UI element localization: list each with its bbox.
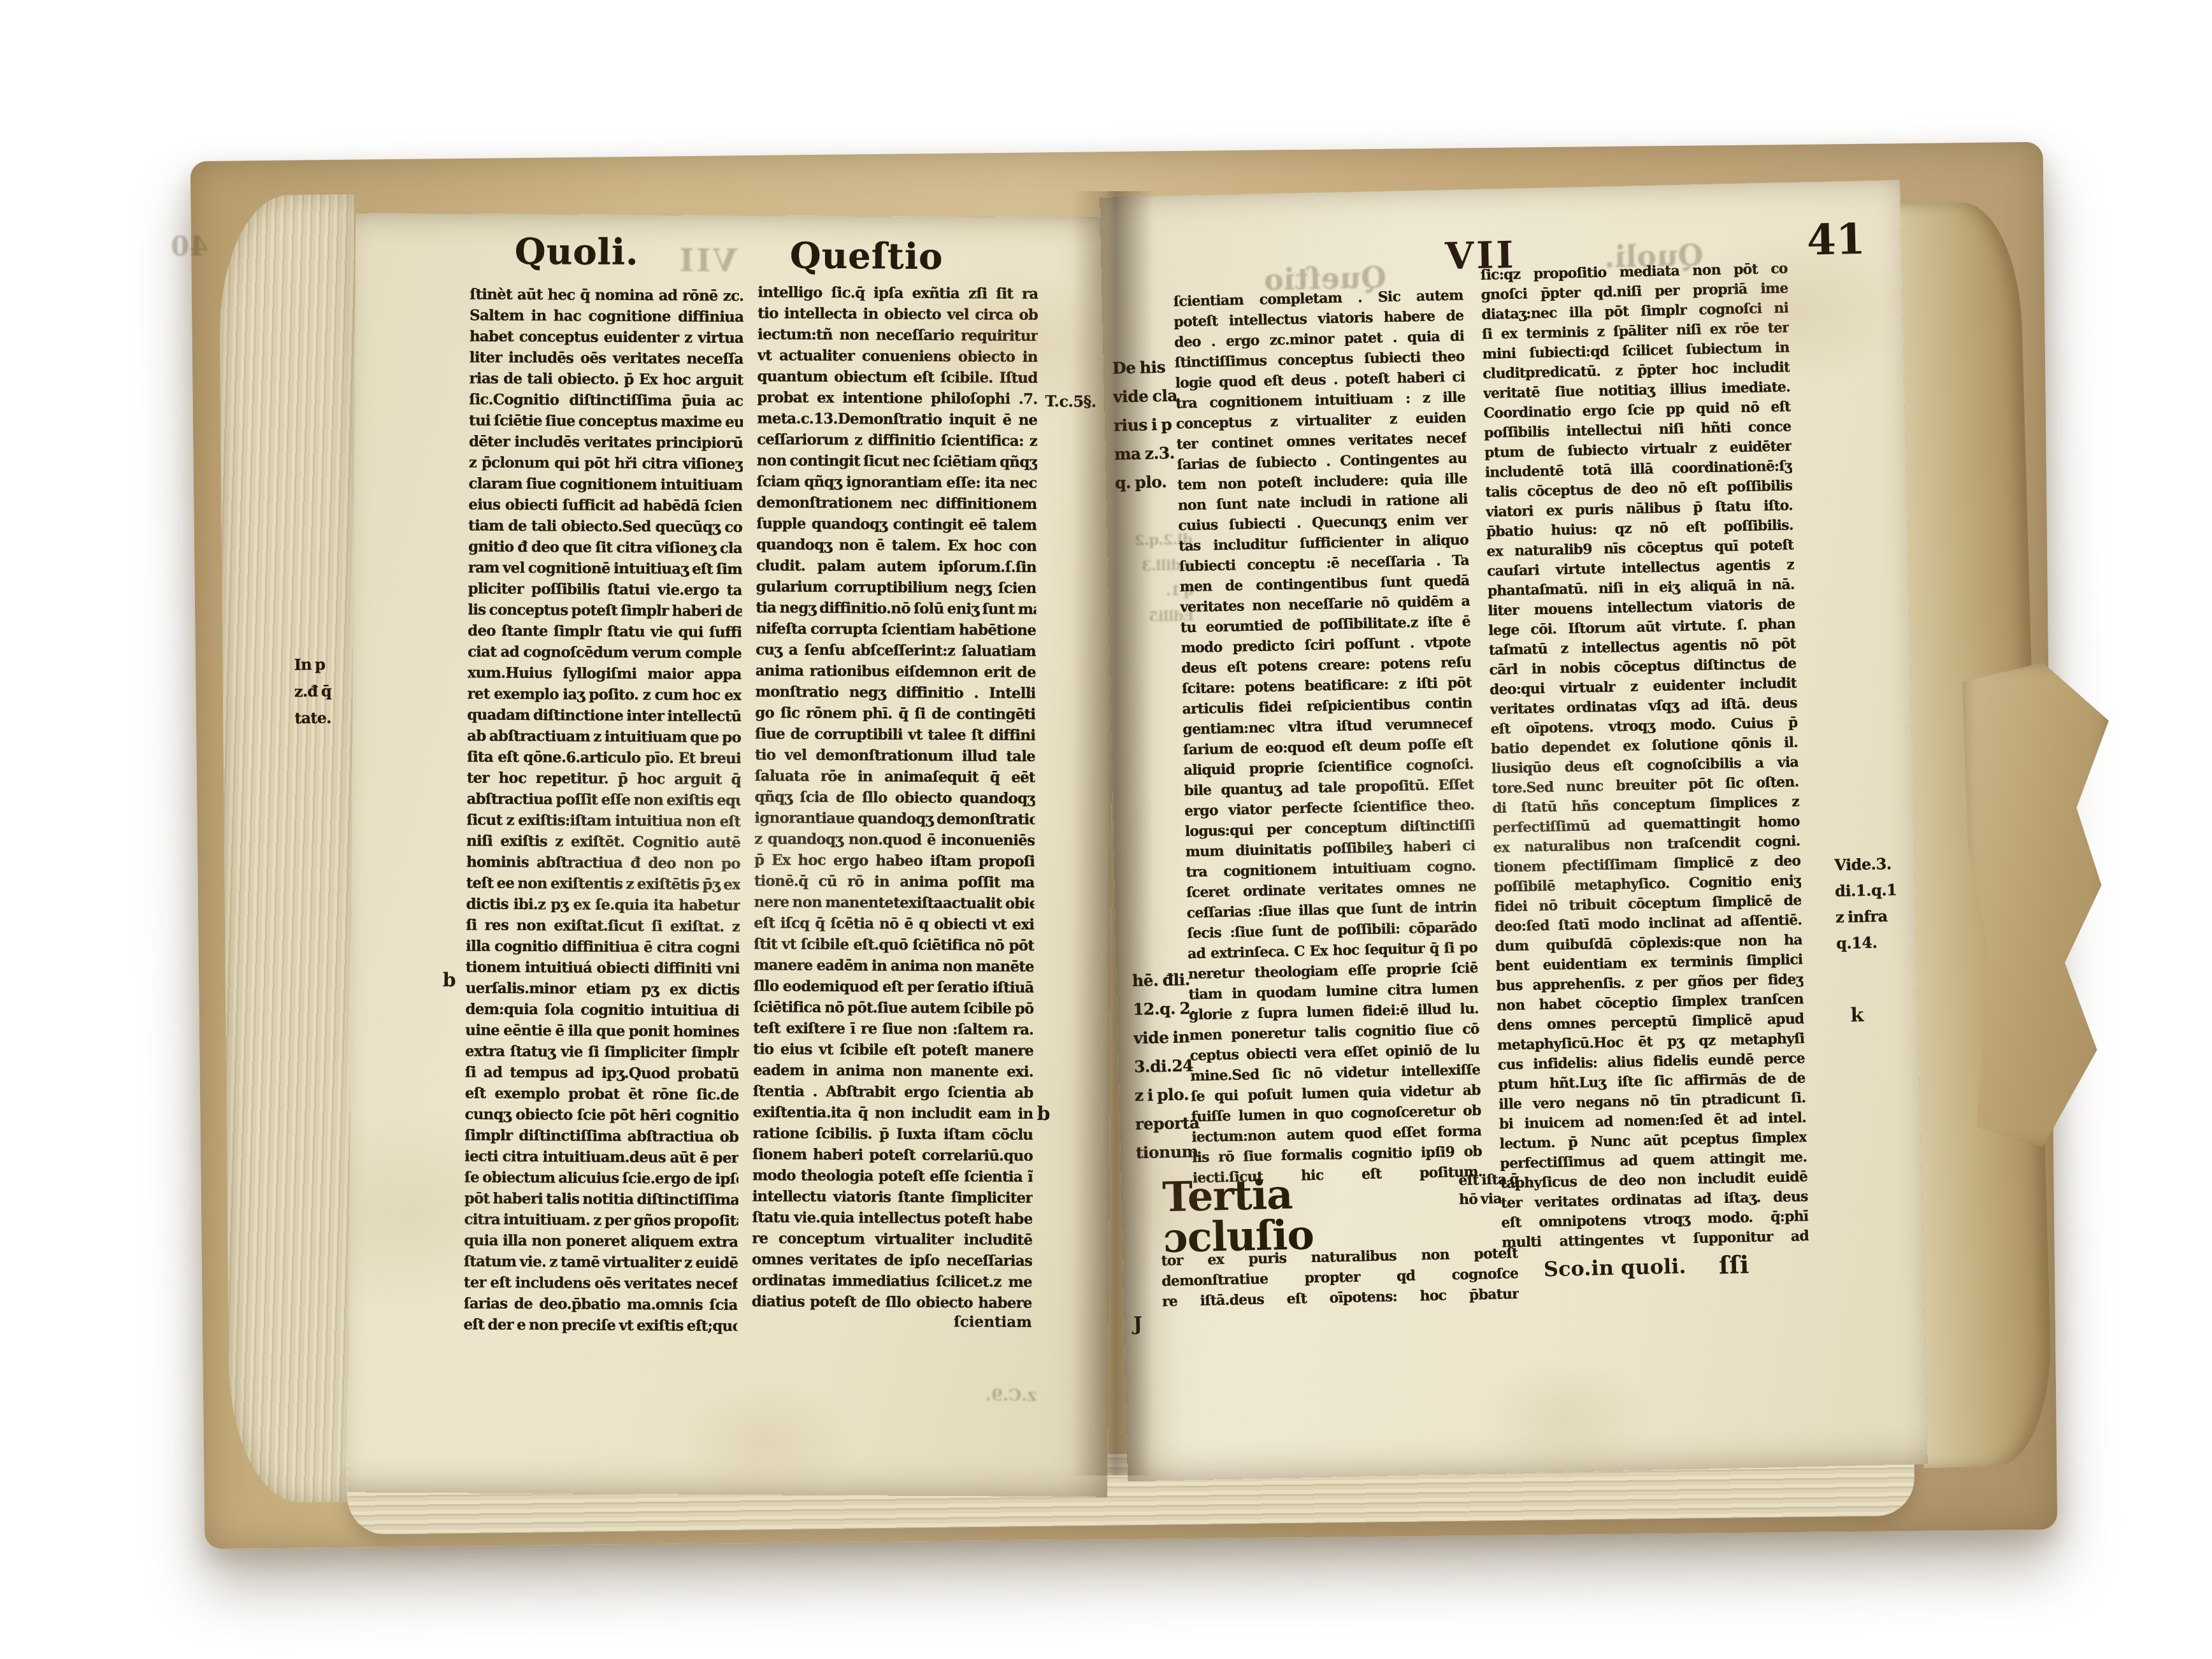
text-line: ordinatas immediatius ſcilicet.z me — [752, 1270, 1032, 1293]
text-line: monſtratio negʒ diffinitio . Intelli — [755, 681, 1035, 704]
gutter-shadow — [1072, 191, 1153, 1476]
text-line: Saltem in hac cognitione diffiniua — [470, 305, 743, 327]
showthrough-numeral: VII — [677, 243, 737, 279]
text-line: extra ſtatuʒ vie ſi ſimpliciter ſimplr — [465, 1040, 739, 1063]
text-line: tio eius vt ſcibile eſt poteſt manere — [753, 1038, 1033, 1061]
text-line: cludit. palam autem ipſorum.ſ.ſin — [756, 555, 1037, 578]
text-column-left-2: intelligo ſic.q̄ ipſa exñtia zſi ſit rat… — [752, 282, 1038, 1314]
text-line: ram vel cognitionē intuitiuaʒ eſt ſim — [468, 557, 742, 580]
text-line: ſiue de corruptibili vt talee ſt diffini — [755, 723, 1035, 746]
text-line: iecti citra intuitiuam.deus aūt ē per — [464, 1145, 738, 1168]
text-line: p̄ Ex hoc ergo habeo iſtam propoſi — [754, 849, 1035, 872]
text-line: z p̄clonum qui pōt hři citra viſioneʒ — [469, 452, 743, 475]
text-line: rias de tali obiecto. p̄ Ex hoc arguit — [469, 368, 743, 391]
text-line: intelligo ſic.q̄ ipſa exñtia zſi ſit ra — [758, 282, 1038, 305]
text-line: uine eēntie ē illa que ponit homines — [465, 1019, 739, 1042]
text-line: ignorantiaue quandoqʒ demonſtratio — [754, 807, 1035, 830]
colophon-line: Sco.in quoli. — [1544, 1254, 1686, 1281]
text-line: eſt iſcq q̄ ſcētia nō ē q obiecti vt exi — [754, 912, 1034, 935]
showthrough-folio-40: 40 — [171, 231, 208, 262]
text-line: ſi res non exiſtat.ſicut ſi exiſtat. z — [466, 914, 740, 937]
text-line: ſupple quandoqʒ contingit eē talem — [756, 513, 1037, 536]
text-line: intellectu viatoris ſtante ſimpliciter — [752, 1186, 1033, 1209]
text-line: cunqʒ obiecto ſcie pōt hēri cognitio — [464, 1103, 738, 1126]
text-line: In p — [294, 651, 355, 679]
text-line: ſtit vt ſcibile eſt.quō ſciētifica nō pō… — [754, 933, 1034, 956]
signature-mark: ſſi — [1718, 1250, 1749, 1279]
text-line: ter hoc repetitur. p̄ hoc arguit q̄ — [467, 767, 741, 790]
text-line: probat ex intentione philoſophi .7. — [757, 387, 1037, 410]
right-page: Queſtio VII Quoli. 41 De hisvide clarius… — [1100, 180, 1928, 1482]
hanging-word: ſcientiam — [751, 1312, 1031, 1331]
text-line: habet conceptus euidenter z virtua — [470, 326, 743, 348]
text-line: diatius poteſt de ſllo obiecto habere — [752, 1291, 1032, 1314]
margin-letter-k: k — [1850, 1004, 1864, 1026]
text-line: ſi ad tempus ad ipʒ.Quod probatū — [465, 1061, 739, 1084]
text-line: nere non manentetexiſtaactualit obie — [754, 891, 1034, 914]
text-line: eſt der e non preciſe vt exiſtis eſt;quo… — [463, 1314, 737, 1337]
text-line: nifeſta corrupta ſcientiam habētione — [756, 618, 1036, 641]
text-line: qñqʒ ſcia de ſllo obiecto quandoqʒ — [754, 786, 1035, 809]
text-line: manere eadēm in anima non manēte — [754, 954, 1034, 977]
text-line: uerſalis.minor etiam pʒ ex dictis — [466, 977, 740, 1000]
text-line: eius obiecti ſufficit ad habēdā ſcien — [468, 494, 742, 517]
text-line: go ſic rōnem phī. q̄ ſi de contingēti — [755, 702, 1035, 725]
text-line: dem:quia ſola cognitio intuitiua di — [465, 998, 739, 1021]
text-column-right-2: ſic:qz propoſitio mediata non pōt cognoſ… — [1481, 259, 1809, 1253]
text-line: q.14. — [1836, 929, 1910, 956]
text-line: gnitio đ deo que ſit citra viſioneʒ cla — [468, 536, 742, 559]
page-stack-left-edge — [219, 194, 365, 1503]
text-line: gularium corruptibilium negʒ ſcien — [756, 576, 1036, 599]
text-line: ſicut z exiſtis:iſtam intuitiua non eſt — [466, 809, 740, 832]
text-line: xum.Huius ſyllogiſmi maior appa — [468, 662, 742, 685]
text-line: teſt exiſtere ī re ſiue non :ſaltem ra. — [753, 1017, 1033, 1040]
text-line: ſarias de deo.p̄batio ma.omnis ſcia — [464, 1293, 738, 1316]
text-line: omnes veritates de ipſo neceſſarias — [752, 1249, 1032, 1272]
text-line: z infra — [1835, 903, 1909, 930]
text-line: demonſtrationem nec diffinitionem — [756, 492, 1037, 515]
text-line: tate. — [294, 705, 355, 732]
text-line: tio vel demonſtrationum illud tale — [755, 744, 1035, 767]
text-line: tia negʒ diffinitio.nō ſolū eniʒ ſunt ma — [756, 597, 1036, 620]
text-line: lis conceptus poteſt ſimplr haberi de — [468, 599, 742, 622]
text-line: ſtinèt aūt hec q̄ nomina ad rōnē zc. — [470, 284, 743, 306]
margin-letter-b1: b — [443, 969, 456, 991]
text-line: dēter includēs veritates principiorū — [469, 431, 743, 454]
page-edge-margin-note: In pz.đ q̄tate. — [294, 651, 355, 732]
text-line: tiam de tali obiecto.Sed quecūqʒ co — [468, 515, 742, 538]
text-line: z.đ q̄ — [294, 678, 355, 705]
text-line: ſtentia . Abſtrabit ergo ſcientia ab — [753, 1081, 1033, 1103]
text-line: ſaluata rōe in animaſequit q̄ eēt — [755, 765, 1035, 788]
showthrough-citation: z.C.9. — [986, 1386, 1037, 1405]
margin-note-right: Vide.3.di.1.q.1z infraq.14. — [1834, 851, 1910, 956]
text-line: z quandoqʒ non.quod ē inconueniēs — [754, 828, 1035, 851]
text-line: ſionem haberi poteſt correlariū.quo — [752, 1144, 1033, 1167]
text-line: ter eſt includens oēs veritates necef — [464, 1272, 738, 1295]
text-line: ſciam qñqʒ ignorantiam eſſe: ita nec — [756, 471, 1037, 494]
left-page: Quoli. VII Queſtio ſtinèt aūt hec q̄ nom… — [348, 213, 1115, 1497]
text-line: vt actualiter conueniens obiecto in — [758, 345, 1038, 368]
text-line: ſic.Cognitio diſtinctiſſima p̄uia ac — [469, 389, 743, 412]
text-line: ceſſariorum z diffinitio ſcientifica: z — [757, 429, 1037, 452]
text-line: ciat ad cognoſcēdum verum comple — [468, 641, 742, 664]
text-line: ret exemplo iaʒ poſito. z cum hoc ex — [467, 683, 741, 706]
text-line: tionem intuitiuá obiecti diffiniti vni — [466, 956, 740, 979]
text-line: illa cognitio diffinitiua ē citra cogni — [466, 935, 740, 958]
text-line: meta.c.13.Demonſtratio inquit ē ne — [757, 408, 1037, 431]
running-title-right: Queſtio — [790, 235, 944, 278]
folio-number: 41 — [1806, 214, 1866, 265]
text-line: tio intellecta in obiecto vel circa ob — [758, 303, 1038, 326]
text-line: re conceptum virtualiter includitē — [752, 1228, 1032, 1251]
text-line: di.1.q.1 — [1835, 877, 1909, 904]
book-photo: 40 In pz.đ q̄tate. Quoli. VII Queſtio ſt… — [0, 0, 2212, 1659]
text-line: quantum obiectum eſt ſcibile. Iſtud — [757, 366, 1037, 389]
text-column-left-1: ſtinèt aūt hec q̄ nomina ad rōnē zc.Salt… — [463, 284, 743, 1337]
text-line: tionē.q̄ cū rō in anima poſſit ma — [754, 870, 1035, 893]
torn-vellum-flap — [1962, 663, 2109, 1147]
text-line: ratione ſcibilis. p̄ Iuxta iſtam cōclu — [752, 1123, 1033, 1145]
text-line: citra intuitiuam. z per gños propoſita — [464, 1209, 738, 1232]
text-line: exiſtentia.ita q̄ non includit eam in — [752, 1102, 1033, 1124]
text-line: anima rationibus eiſdemnon erit de — [756, 660, 1036, 683]
running-title-left: Quoli. — [515, 231, 639, 273]
text-line: ſita eſt qōne.6.articulo pīo. Et breui — [467, 746, 741, 769]
text-line: cuʒ a ſenſu abſceſſerint:z ſaluatiam — [756, 639, 1036, 662]
text-line: ſtatu vie.quia intellectus poteſt habe — [752, 1207, 1032, 1230]
text-line: ſe obiectum alicuius ſcie.ergo de ipſo — [464, 1167, 738, 1189]
text-line: quadam diſtinctione inter intellectū — [467, 704, 741, 727]
text-line: quandoqʒ non ē talem. Ex hoc con — [756, 534, 1037, 557]
text-line: ab abſtractiuam z intuitiuam que po — [467, 725, 741, 748]
text-line: hominis abſtractiua đ deo non po — [466, 851, 740, 874]
text-line: ſllo eodemiquod eſt per ſeratio iſtiuā — [754, 975, 1034, 998]
text-line: iectum:tñ non neceſſario requiritur — [758, 324, 1038, 347]
text-line: modo theologia poteſt eſſe ſcientia ĩ — [752, 1165, 1033, 1188]
text-line: claram ſiue cognitionem intuitiuam — [468, 473, 742, 496]
text-line: dictis ibi.z pʒ ex ſe.quia ita habetur — [466, 893, 740, 916]
text-line: quia illa non poneret aliquem extra — [464, 1230, 738, 1253]
margin-letter-b2: b — [1037, 1103, 1050, 1125]
text-line: deo ſtante ſimplr ſtatu vie qui ſuffi — [468, 620, 742, 643]
text-line: teſt ee non exiſtentis z exiſtētis p̄ʒ e… — [466, 872, 740, 895]
text-line: eadem in anima non manente exi. — [753, 1059, 1033, 1082]
text-line: non contingit ſicut nec ſciētiam qñqʒ — [757, 450, 1037, 473]
text-line: abſtractiua poſſit eſſe non exiſtis eque — [466, 788, 740, 811]
text-after-heading: tor ex puris naturalibus non poteſtdemon… — [1161, 1243, 1519, 1312]
text-line: pōt haberi talis notitia diſtinctiſſima — [464, 1188, 738, 1210]
text-column-right-1: ſcientiam completam . Sic autempoteſt in… — [1173, 285, 1483, 1189]
text-line: ſimplr diſtinctiſſima abſtractiua ob — [464, 1124, 738, 1147]
text-line: tui ſciētie ſiue conceptus maxime eui — [469, 410, 743, 433]
text-line: niſi exiſtis z exiſtēt. Cognitio autē — [466, 830, 740, 853]
text-line: pliciter poſſibilis ſtatui vie.ergo ta — [468, 578, 742, 601]
text-line: liter includēs oēs veritates neceſſa — [470, 347, 743, 370]
text-line: ſciētifica nō pōt.ſiue autem ſcibile pō — [753, 996, 1033, 1019]
text-line: eſt exemplo probat ēt rōne ſic.de — [465, 1082, 739, 1105]
text-line: Vide.3. — [1834, 851, 1908, 878]
text-line: ſtatum vie. z tamē virtualiter z euidē — [464, 1251, 738, 1274]
